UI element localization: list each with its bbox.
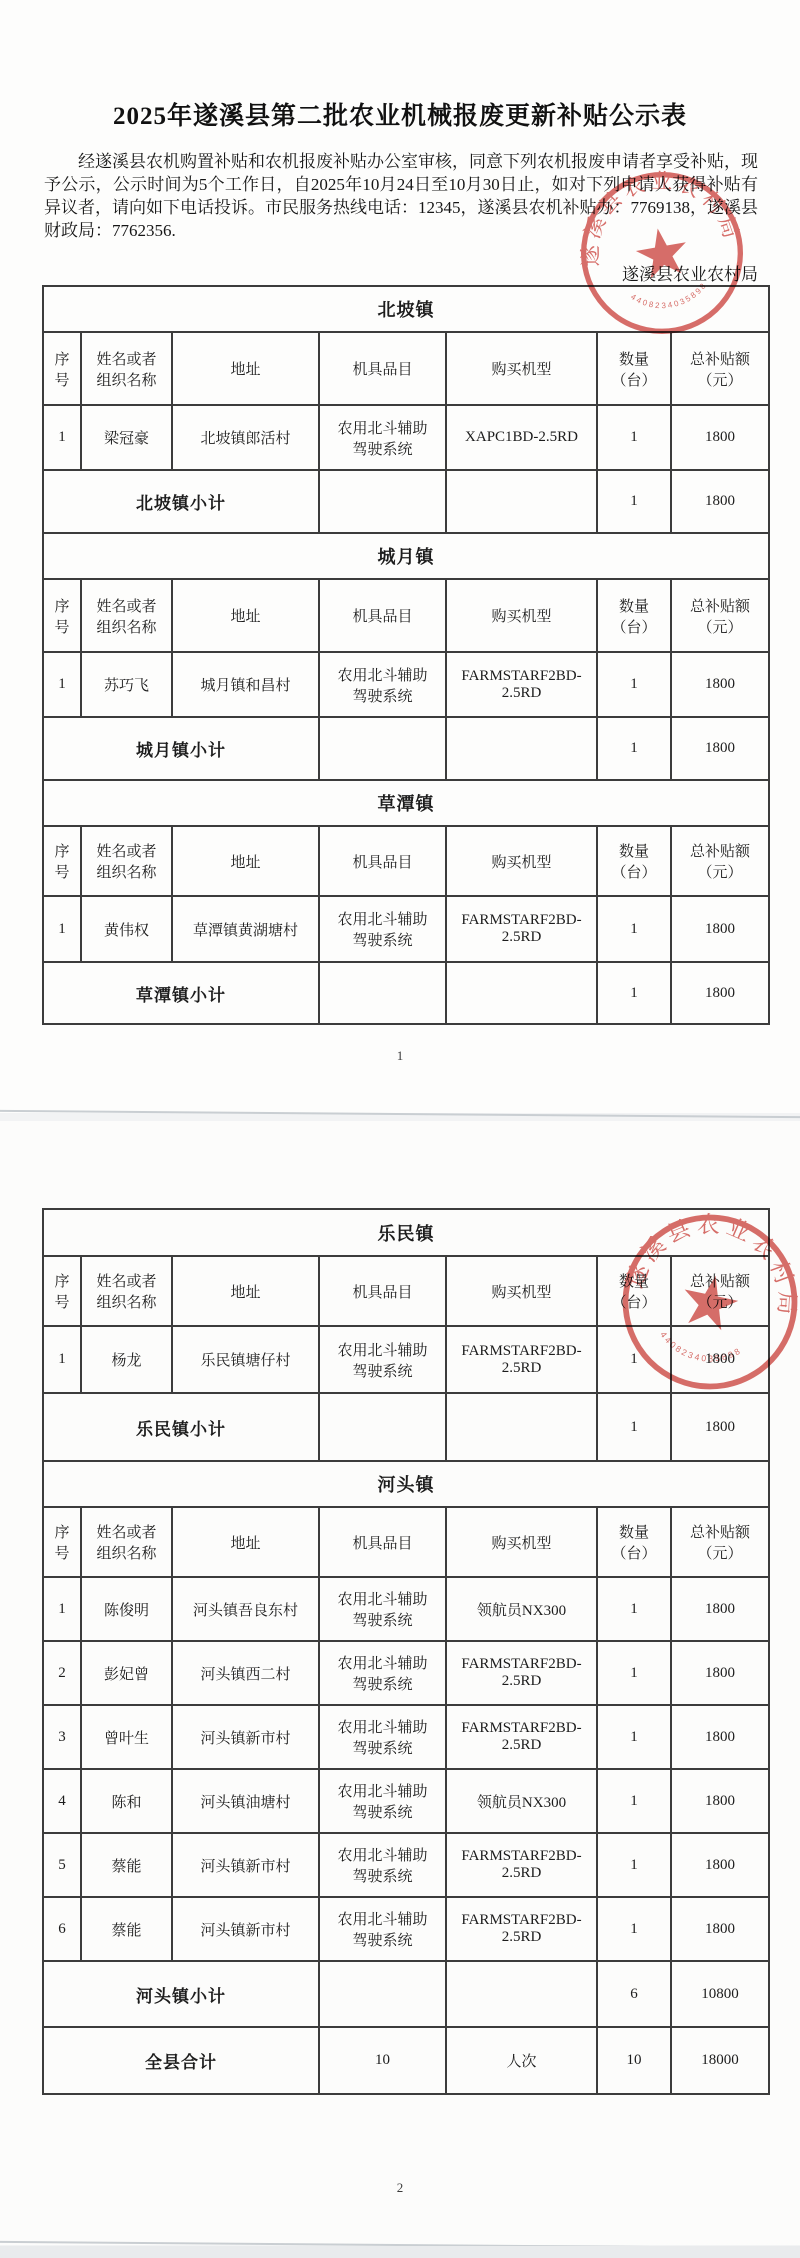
cell-item: 农用北斗辅助 驾驶系统 — [319, 1897, 446, 1961]
cell-address: 河头镇西二村 — [172, 1641, 319, 1705]
cell-amount: 1800 — [671, 1577, 769, 1641]
subtotal-amount: 1800 — [671, 717, 769, 780]
table-row: 1 苏巧飞 城月镇和昌村 农用北斗辅助 驾驶系统 FARMSTARF2BD- 2… — [43, 652, 769, 717]
subtotal-label: 城月镇小计 — [43, 717, 319, 780]
col-name: 姓名或者 组织名称 — [81, 1256, 172, 1326]
cell-model: FARMSTARF2BD- 2.5RD — [446, 1897, 597, 1961]
svg-text:4408234035898: 4408234035898 — [628, 279, 712, 316]
cell-seq: 1 — [43, 652, 81, 717]
table-row: 5 蔡能 河头镇新市村 农用北斗辅助 驾驶系统 FARMSTARF2BD- 2.… — [43, 1833, 769, 1897]
subtotal-row: 北坡镇小计 1 1800 — [43, 470, 769, 533]
empty-cell — [319, 1393, 446, 1461]
col-amount: 总补贴额 （元） — [671, 579, 769, 652]
star-icon — [678, 1270, 742, 1332]
cell-qty: 1 — [597, 1897, 671, 1961]
col-address: 地址 — [172, 826, 319, 896]
svg-text:4408234035898: 4408234035898 — [655, 1328, 746, 1371]
cell-seq: 1 — [43, 1326, 81, 1393]
empty-cell — [446, 962, 597, 1024]
cell-item: 农用北斗辅助 驾驶系统 — [319, 1769, 446, 1833]
col-amount: 总补贴额 （元） — [671, 1507, 769, 1577]
subtotal-qty: 1 — [597, 717, 671, 780]
cell-qty: 1 — [597, 1769, 671, 1833]
col-qty: 数量 （台） — [597, 826, 671, 896]
col-item: 机具品目 — [319, 826, 446, 896]
cell-seq: 1 — [43, 1577, 81, 1641]
cell-name: 苏巧飞 — [81, 652, 172, 717]
cell-model: FARMSTARF2BD- 2.5RD — [446, 1326, 597, 1393]
page-number-1: 1 — [0, 1048, 800, 1064]
cell-address: 河头镇吾良东村 — [172, 1577, 319, 1641]
cell-name: 杨龙 — [81, 1326, 172, 1393]
col-item: 机具品目 — [319, 332, 446, 405]
empty-cell — [446, 470, 597, 533]
cell-item: 农用北斗辅助 驾驶系统 — [319, 405, 446, 470]
empty-cell — [319, 470, 446, 533]
cell-seq: 1 — [43, 896, 81, 962]
cell-name: 蔡能 — [81, 1897, 172, 1961]
cell-address: 城月镇和昌村 — [172, 652, 319, 717]
cell-item: 农用北斗辅助 驾驶系统 — [319, 1833, 446, 1897]
cell-qty: 1 — [597, 405, 671, 470]
cell-address: 北坡镇郎活村 — [172, 405, 319, 470]
cell-item: 农用北斗辅助 驾驶系统 — [319, 896, 446, 962]
subtotal-qty: 1 — [597, 470, 671, 533]
cell-qty: 1 — [597, 1705, 671, 1769]
table-row: 4 陈和 河头镇油塘村 农用北斗辅助 驾驶系统 领航员NX300 1 1800 — [43, 1769, 769, 1833]
cell-name: 梁冠豪 — [81, 405, 172, 470]
cell-model: FARMSTARF2BD- 2.5RD — [446, 652, 597, 717]
empty-cell — [319, 1961, 446, 2027]
subsidy-table-page1: 北坡镇 序 号 姓名或者 组织名称 地址 机具品目 购买机型 数量 （台） 总补… — [42, 285, 770, 1025]
subtotal-amount: 1800 — [671, 470, 769, 533]
col-name: 姓名或者 组织名称 — [81, 826, 172, 896]
subtotal-label: 乐民镇小计 — [43, 1393, 319, 1461]
column-header-row: 序 号 姓名或者 组织名称 地址 机具品目 购买机型 数量 （台） 总补贴额 （… — [43, 1507, 769, 1577]
col-seq: 序 号 — [43, 1256, 81, 1326]
table-row: 2 彭妃曾 河头镇西二村 农用北斗辅助 驾驶系统 FARMSTARF2BD- 2… — [43, 1641, 769, 1705]
subtotal-label: 草潭镇小计 — [43, 962, 319, 1024]
cell-address: 河头镇新市村 — [172, 1705, 319, 1769]
cell-address: 河头镇油塘村 — [172, 1769, 319, 1833]
empty-cell — [319, 962, 446, 1024]
column-header-row: 序 号 姓名或者 组织名称 地址 机具品目 购买机型 数量 （台） 总补贴额 （… — [43, 579, 769, 652]
cell-model: FARMSTARF2BD- 2.5RD — [446, 1833, 597, 1897]
cell-amount: 1800 — [671, 1833, 769, 1897]
cell-amount: 1800 — [671, 1705, 769, 1769]
cell-amount: 1800 — [671, 1769, 769, 1833]
subtotal-row: 河头镇小计 6 10800 — [43, 1961, 769, 2027]
col-name: 姓名或者 组织名称 — [81, 1507, 172, 1577]
col-model: 购买机型 — [446, 1507, 597, 1577]
town-header: 河头镇 — [43, 1461, 769, 1507]
cell-model: FARMSTARF2BD- 2.5RD — [446, 896, 597, 962]
col-seq: 序 号 — [43, 332, 81, 405]
table-row: 6 蔡能 河头镇新市村 农用北斗辅助 驾驶系统 FARMSTARF2BD- 2.… — [43, 1897, 769, 1961]
cell-name: 黄伟权 — [81, 896, 172, 962]
empty-cell — [319, 717, 446, 780]
cell-qty: 1 — [597, 652, 671, 717]
cell-qty: 1 — [597, 896, 671, 962]
subtotal-label: 北坡镇小计 — [43, 470, 319, 533]
col-qty: 数量 （台） — [597, 1507, 671, 1577]
cell-name: 陈俊明 — [81, 1577, 172, 1641]
cell-amount: 1800 — [671, 1897, 769, 1961]
col-address: 地址 — [172, 1256, 319, 1326]
grand-total-label: 全县合计 — [43, 2027, 319, 2094]
subtotal-qty: 1 — [597, 1393, 671, 1461]
cell-item: 农用北斗辅助 驾驶系统 — [319, 1577, 446, 1641]
town-header: 草潭镇 — [43, 780, 769, 826]
cell-qty: 1 — [597, 1641, 671, 1705]
col-seq: 序 号 — [43, 826, 81, 896]
col-name: 姓名或者 组织名称 — [81, 579, 172, 652]
grand-total-row: 全县合计 10 人次 10 18000 — [43, 2027, 769, 2094]
cell-name: 曾叶生 — [81, 1705, 172, 1769]
empty-cell — [446, 1393, 597, 1461]
col-address: 地址 — [172, 1507, 319, 1577]
cell-name: 陈和 — [81, 1769, 172, 1833]
subtotal-label: 河头镇小计 — [43, 1961, 319, 2027]
subtotal-qty: 1 — [597, 962, 671, 1024]
cell-address: 河头镇新市村 — [172, 1897, 319, 1961]
col-name: 姓名或者 组织名称 — [81, 332, 172, 405]
subtotal-row: 乐民镇小计 1 1800 — [43, 1393, 769, 1461]
col-amount: 总补贴额 （元） — [671, 826, 769, 896]
cell-seq: 1 — [43, 405, 81, 470]
cell-amount: 1800 — [671, 1641, 769, 1705]
col-qty: 数量 （台） — [597, 579, 671, 652]
cell-item: 农用北斗辅助 驾驶系统 — [319, 1705, 446, 1769]
subtotal-row: 城月镇小计 1 1800 — [43, 717, 769, 780]
cell-item: 农用北斗辅助 驾驶系统 — [319, 652, 446, 717]
cell-item: 农用北斗辅助 驾驶系统 — [319, 1641, 446, 1705]
cell-seq: 6 — [43, 1897, 81, 1961]
cell-model: XAPC1BD-2.5RD — [446, 405, 597, 470]
cell-amount: 1800 — [671, 405, 769, 470]
grand-total-amount: 18000 — [671, 2027, 769, 2094]
subtotal-row: 草潭镇小计 1 1800 — [43, 962, 769, 1024]
table-row: 1 陈俊明 河头镇吾良东村 农用北斗辅助 驾驶系统 领航员NX300 1 180… — [43, 1577, 769, 1641]
cell-seq: 2 — [43, 1641, 81, 1705]
cell-model: FARMSTARF2BD- 2.5RD — [446, 1705, 597, 1769]
col-amount: 总补贴额 （元） — [671, 332, 769, 405]
col-model: 购买机型 — [446, 332, 597, 405]
grand-total-unit: 人次 — [446, 2027, 597, 2094]
cell-seq: 3 — [43, 1705, 81, 1769]
seal-serial-number: 4408234035898 — [655, 1328, 746, 1371]
cell-seq: 5 — [43, 1833, 81, 1897]
cell-amount: 1800 — [671, 896, 769, 962]
cell-address: 河头镇新市村 — [172, 1833, 319, 1897]
cell-qty: 1 — [597, 1833, 671, 1897]
cell-amount: 1800 — [671, 652, 769, 717]
cell-item: 农用北斗辅助 驾驶系统 — [319, 1326, 446, 1393]
cell-qty: 1 — [597, 1577, 671, 1641]
cell-model: 领航员NX300 — [446, 1577, 597, 1641]
cell-model: 领航员NX300 — [446, 1769, 597, 1833]
col-model: 购买机型 — [446, 579, 597, 652]
table-row: 1 梁冠豪 北坡镇郎活村 农用北斗辅助 驾驶系统 XAPC1BD-2.5RD 1… — [43, 405, 769, 470]
grand-total-count: 10 — [319, 2027, 446, 2094]
col-model: 购买机型 — [446, 826, 597, 896]
col-model: 购买机型 — [446, 1256, 597, 1326]
subtotal-qty: 6 — [597, 1961, 671, 2027]
col-address: 地址 — [172, 579, 319, 652]
column-header-row: 序 号 姓名或者 组织名称 地址 机具品目 购买机型 数量 （台） 总补贴额 （… — [43, 826, 769, 896]
col-seq: 序 号 — [43, 579, 81, 652]
seal-serial-number: 4408234035898 — [628, 279, 712, 316]
document-title: 2025年遂溪县第二批农业机械报废更新补贴公示表 — [0, 96, 800, 132]
table-row: 3 曾叶生 河头镇新市村 农用北斗辅助 驾驶系统 FARMSTARF2BD- 2… — [43, 1705, 769, 1769]
page-number-2: 2 — [0, 2180, 800, 2196]
cell-name: 彭妃曾 — [81, 1641, 172, 1705]
star-icon — [633, 224, 691, 280]
empty-cell — [446, 717, 597, 780]
table-row: 1 黄伟权 草潭镇黄湖塘村 农用北斗辅助 驾驶系统 FARMSTARF2BD- … — [43, 896, 769, 962]
col-address: 地址 — [172, 332, 319, 405]
subtotal-amount: 10800 — [671, 1961, 769, 2027]
col-seq: 序 号 — [43, 1507, 81, 1577]
empty-cell — [446, 1961, 597, 2027]
grand-total-qty: 10 — [597, 2027, 671, 2094]
cell-name: 蔡能 — [81, 1833, 172, 1897]
cell-model: FARMSTARF2BD- 2.5RD — [446, 1641, 597, 1705]
cell-address: 乐民镇塘仔村 — [172, 1326, 319, 1393]
col-item: 机具品目 — [319, 579, 446, 652]
town-header: 城月镇 — [43, 533, 769, 579]
scanner-background — [0, 2246, 800, 2258]
cell-seq: 4 — [43, 1769, 81, 1833]
col-item: 机具品目 — [319, 1256, 446, 1326]
cell-address: 草潭镇黄湖塘村 — [172, 896, 319, 962]
subtotal-amount: 1800 — [671, 962, 769, 1024]
col-item: 机具品目 — [319, 1507, 446, 1577]
official-seal: 遂溪县农业农村局 4408234035898 — [559, 150, 765, 356]
